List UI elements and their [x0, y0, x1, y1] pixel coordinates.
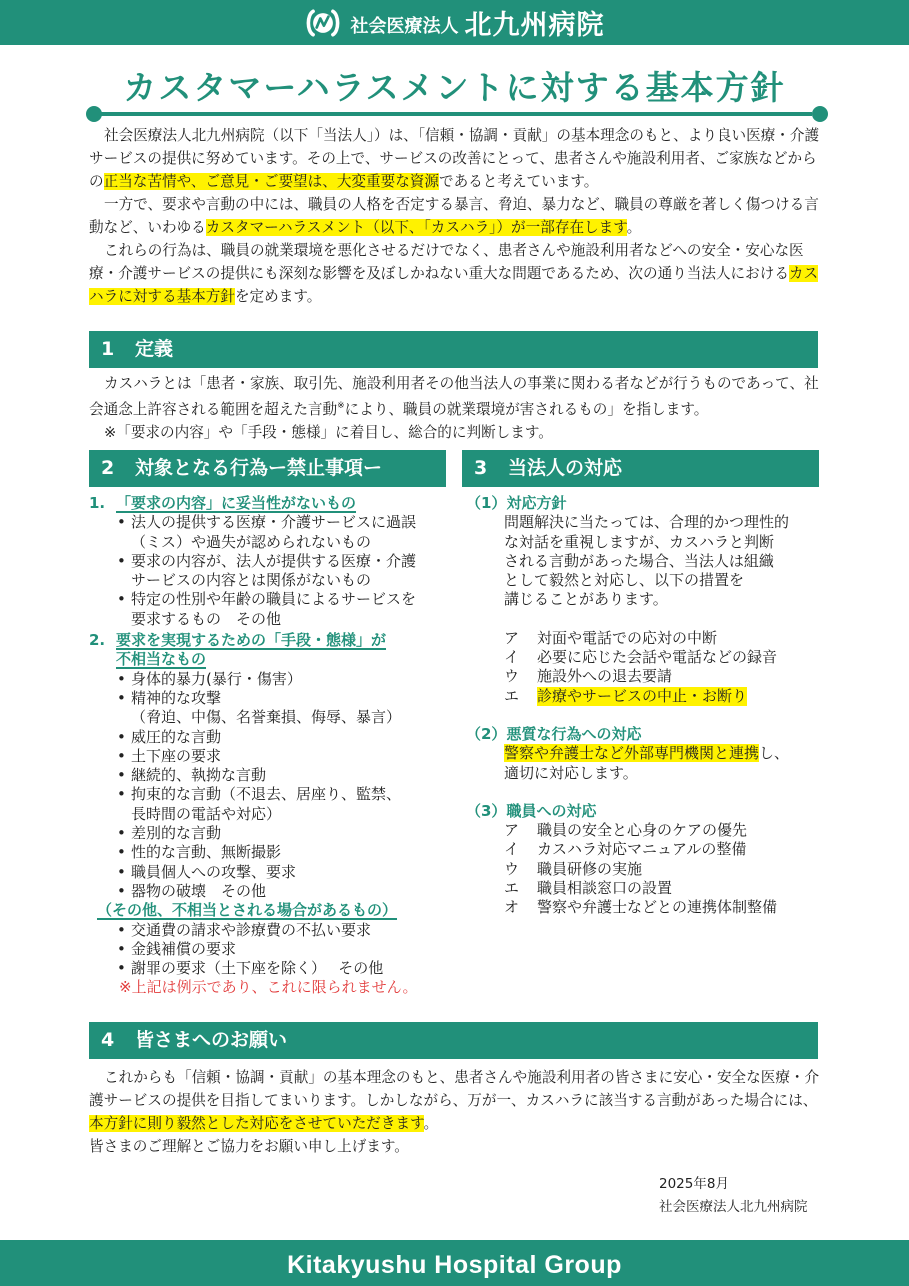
list-item: •交通費の請求や診療費の不払い要求: [117, 921, 449, 940]
intro-text: 社会医療法人北九州病院（以下「当法人」）は、「信頼・協調・貢献」の基本理念のもと…: [89, 124, 829, 308]
sub-1-policy-text: 問題解決に当たっては、合理的かつ理性的な対話を重視しますが、カスハラと判断される…: [466, 513, 826, 609]
org-name: 北九州病院: [465, 3, 605, 42]
bullet-icon: •: [117, 882, 131, 901]
bullet-icon: •: [117, 747, 131, 766]
bullet-icon: •: [117, 689, 131, 728]
list-item: エ職員相談窓口の設置: [504, 879, 826, 898]
bullet-icon: •: [117, 843, 131, 862]
footer-bar: Kitakyushu Hospital Group: [0, 1240, 909, 1286]
signature: 2025年8月 社会医療法人北九州病院: [659, 1173, 808, 1219]
list-item: ア対面や電話での応対の中断: [504, 629, 826, 648]
sub-3-title: （3）職員への対応: [466, 802, 826, 821]
closing: 皆さまのご理解とご協力をお願い申し上げます。: [89, 1135, 829, 1158]
hospital-logo-icon: [305, 7, 341, 39]
section-3-heading: 3当法人の対応: [462, 450, 819, 487]
list-item: •精神的な攻撃（脅迫、中傷、名誉棄損、侮辱、暴言）: [117, 689, 449, 728]
list-item: •特定の性別や年齢の職員によるサービスを要求するもの その他: [117, 590, 449, 629]
bullet-icon: •: [117, 959, 131, 978]
group-3-items: •交通費の請求や診療費の不払い要求•金銭補償の要求•謝罪の要求（土下座を除く） …: [89, 921, 449, 979]
list-item: エ診療やサービスの中止・お断り: [504, 687, 826, 706]
disclaimer: ※上記は例示であり、これに限られません。: [89, 978, 449, 997]
bullet-icon: •: [117, 728, 131, 747]
sub-1-measures: ア対面や電話での応対の中断イ必要に応じた会話や電話などの録音ウ施設外への退去要請…: [466, 629, 826, 706]
highlight: カスタマーハラスメント（以下、「カスハラ」）が一部存在します: [206, 219, 627, 236]
group-2-items: •身体的暴力(暴行・傷害）•精神的な攻撃（脅迫、中傷、名誉棄損、侮辱、暴言）•威…: [89, 670, 449, 902]
sub-1-title: （1）対応方針: [466, 494, 826, 513]
list-item: •職員個人への攻撃、要求: [117, 863, 449, 882]
list-item: •身体的暴力(暴行・傷害）: [117, 670, 449, 689]
list-item: ウ職員研修の実施: [504, 860, 826, 879]
list-item: ウ施設外への退去要請: [504, 667, 826, 686]
sub-3-items: ア職員の安全と心身のケアの優先イカスハラ対応マニュアルの整備ウ職員研修の実施エ職…: [466, 821, 826, 917]
bullet-icon: •: [117, 590, 131, 629]
list-item: •法人の提供する医療・介護サービスに過誤（ミス）や過失が認められないもの: [117, 513, 449, 552]
section-3-content: （1）対応方針 問題解決に当たっては、合理的かつ理性的な対話を重視しますが、カス…: [466, 494, 826, 918]
section-1-note: ※「要求の内容」や「手段・態様」に着目し、総合的に判断します。: [89, 421, 824, 444]
group-2-title: 2. 要求を実現するための「手段・態様」が 不相当なもの: [89, 631, 449, 670]
bullet-icon: •: [117, 552, 131, 591]
section-4-heading: 4皆さまへのお願い: [89, 1022, 818, 1059]
list-item: •金銭補償の要求: [117, 940, 449, 959]
sub-2-text: 警察や弁護士など外部専門機関と連携し、 適切に対応します。: [466, 744, 826, 783]
list-item: •土下座の要求: [117, 747, 449, 766]
bullet-icon: •: [117, 785, 131, 824]
bullet-icon: •: [117, 863, 131, 882]
highlight: 正当な苦情や、ご意見・ご要望は、大変重要な資源: [104, 173, 439, 190]
bullet-icon: •: [117, 670, 131, 689]
list-item: イ必要に応じた会話や電話などの録音: [504, 648, 826, 667]
list-item: イカスハラ対応マニュアルの整備: [504, 840, 826, 859]
highlight: 診療やサービスの中止・お断り: [537, 687, 747, 706]
signature-org: 社会医療法人北九州病院: [659, 1196, 808, 1219]
section-1-heading: 1定義: [89, 331, 818, 368]
list-item: •差別的な言動: [117, 824, 449, 843]
list-item: オ警察や弁護士などとの連携体制整備: [504, 898, 826, 917]
list-item: •威圧的な言動: [117, 728, 449, 747]
org-prefix: 社会医療法人: [351, 12, 459, 38]
list-item: •謝罪の要求（土下座を除く） その他: [117, 959, 449, 978]
group-3-title: （その他、不相当とされる場合があるもの）: [89, 901, 449, 920]
intro-paragraph-1: 社会医療法人北九州病院（以下「当法人」）は、「信頼・協調・貢献」の基本理念のもと…: [89, 124, 829, 193]
group-1-items: •法人の提供する医療・介護サービスに過誤（ミス）や過失が認められないもの•要求の…: [89, 513, 449, 629]
title-rule-dot-right: [812, 106, 828, 122]
bullet-icon: •: [117, 513, 131, 552]
list-item: •拘束的な言動（不退去、居座り、監禁、長時間の電話や対応）: [117, 785, 449, 824]
list-item: ア職員の安全と心身のケアの優先: [504, 821, 826, 840]
bullet-icon: •: [117, 824, 131, 843]
list-item: •性的な言動、無断撮影: [117, 843, 449, 862]
group-1-title: 1. 「要求の内容」に妥当性がないもの: [89, 494, 449, 513]
sub-2-title: （2）悪質な行為への対応: [466, 725, 826, 744]
section-2-heading: 2対象となる行為ー禁止事項ー: [89, 450, 446, 487]
list-item: •要求の内容が、法人が提供する医療・介護サービスの内容とは関係がないもの: [117, 552, 449, 591]
header-bar: 社会医療法人 北九州病院: [0, 0, 909, 45]
signature-date: 2025年8月: [659, 1173, 808, 1196]
section-4-text: これからも「信頼・協調・貢献」の基本理念のもと、患者さんや施設利用者の皆さまに安…: [89, 1066, 829, 1158]
page-title: カスタマーハラスメントに対する基本方針: [0, 62, 909, 109]
bullet-icon: •: [117, 921, 131, 940]
bullet-icon: •: [117, 940, 131, 959]
intro-paragraph-2: 一方で、要求や言動の中には、職員の人格を否定する暴言、脅迫、暴力など、職員の尊厳…: [89, 193, 829, 239]
section-1-definition: カスハラとは「患者・家族、取引先、施設利用者その他当法人の事業に関わる者などが行…: [89, 372, 824, 444]
list-item: •器物の破壊 その他: [117, 882, 449, 901]
section-2-list: 1. 「要求の内容」に妥当性がないもの •法人の提供する医療・介護サービスに過誤…: [89, 494, 449, 998]
list-item: •継続的、執拗な言動: [117, 766, 449, 785]
title-rule: [100, 112, 812, 116]
intro-paragraph-3: これらの行為は、職員の就業環境を悪化させるだけでなく、患者さんや施設利用者などへ…: [89, 239, 829, 308]
bullet-icon: •: [117, 766, 131, 785]
highlight: 本方針に則り毅然とした対応をさせていただきます: [89, 1115, 424, 1132]
